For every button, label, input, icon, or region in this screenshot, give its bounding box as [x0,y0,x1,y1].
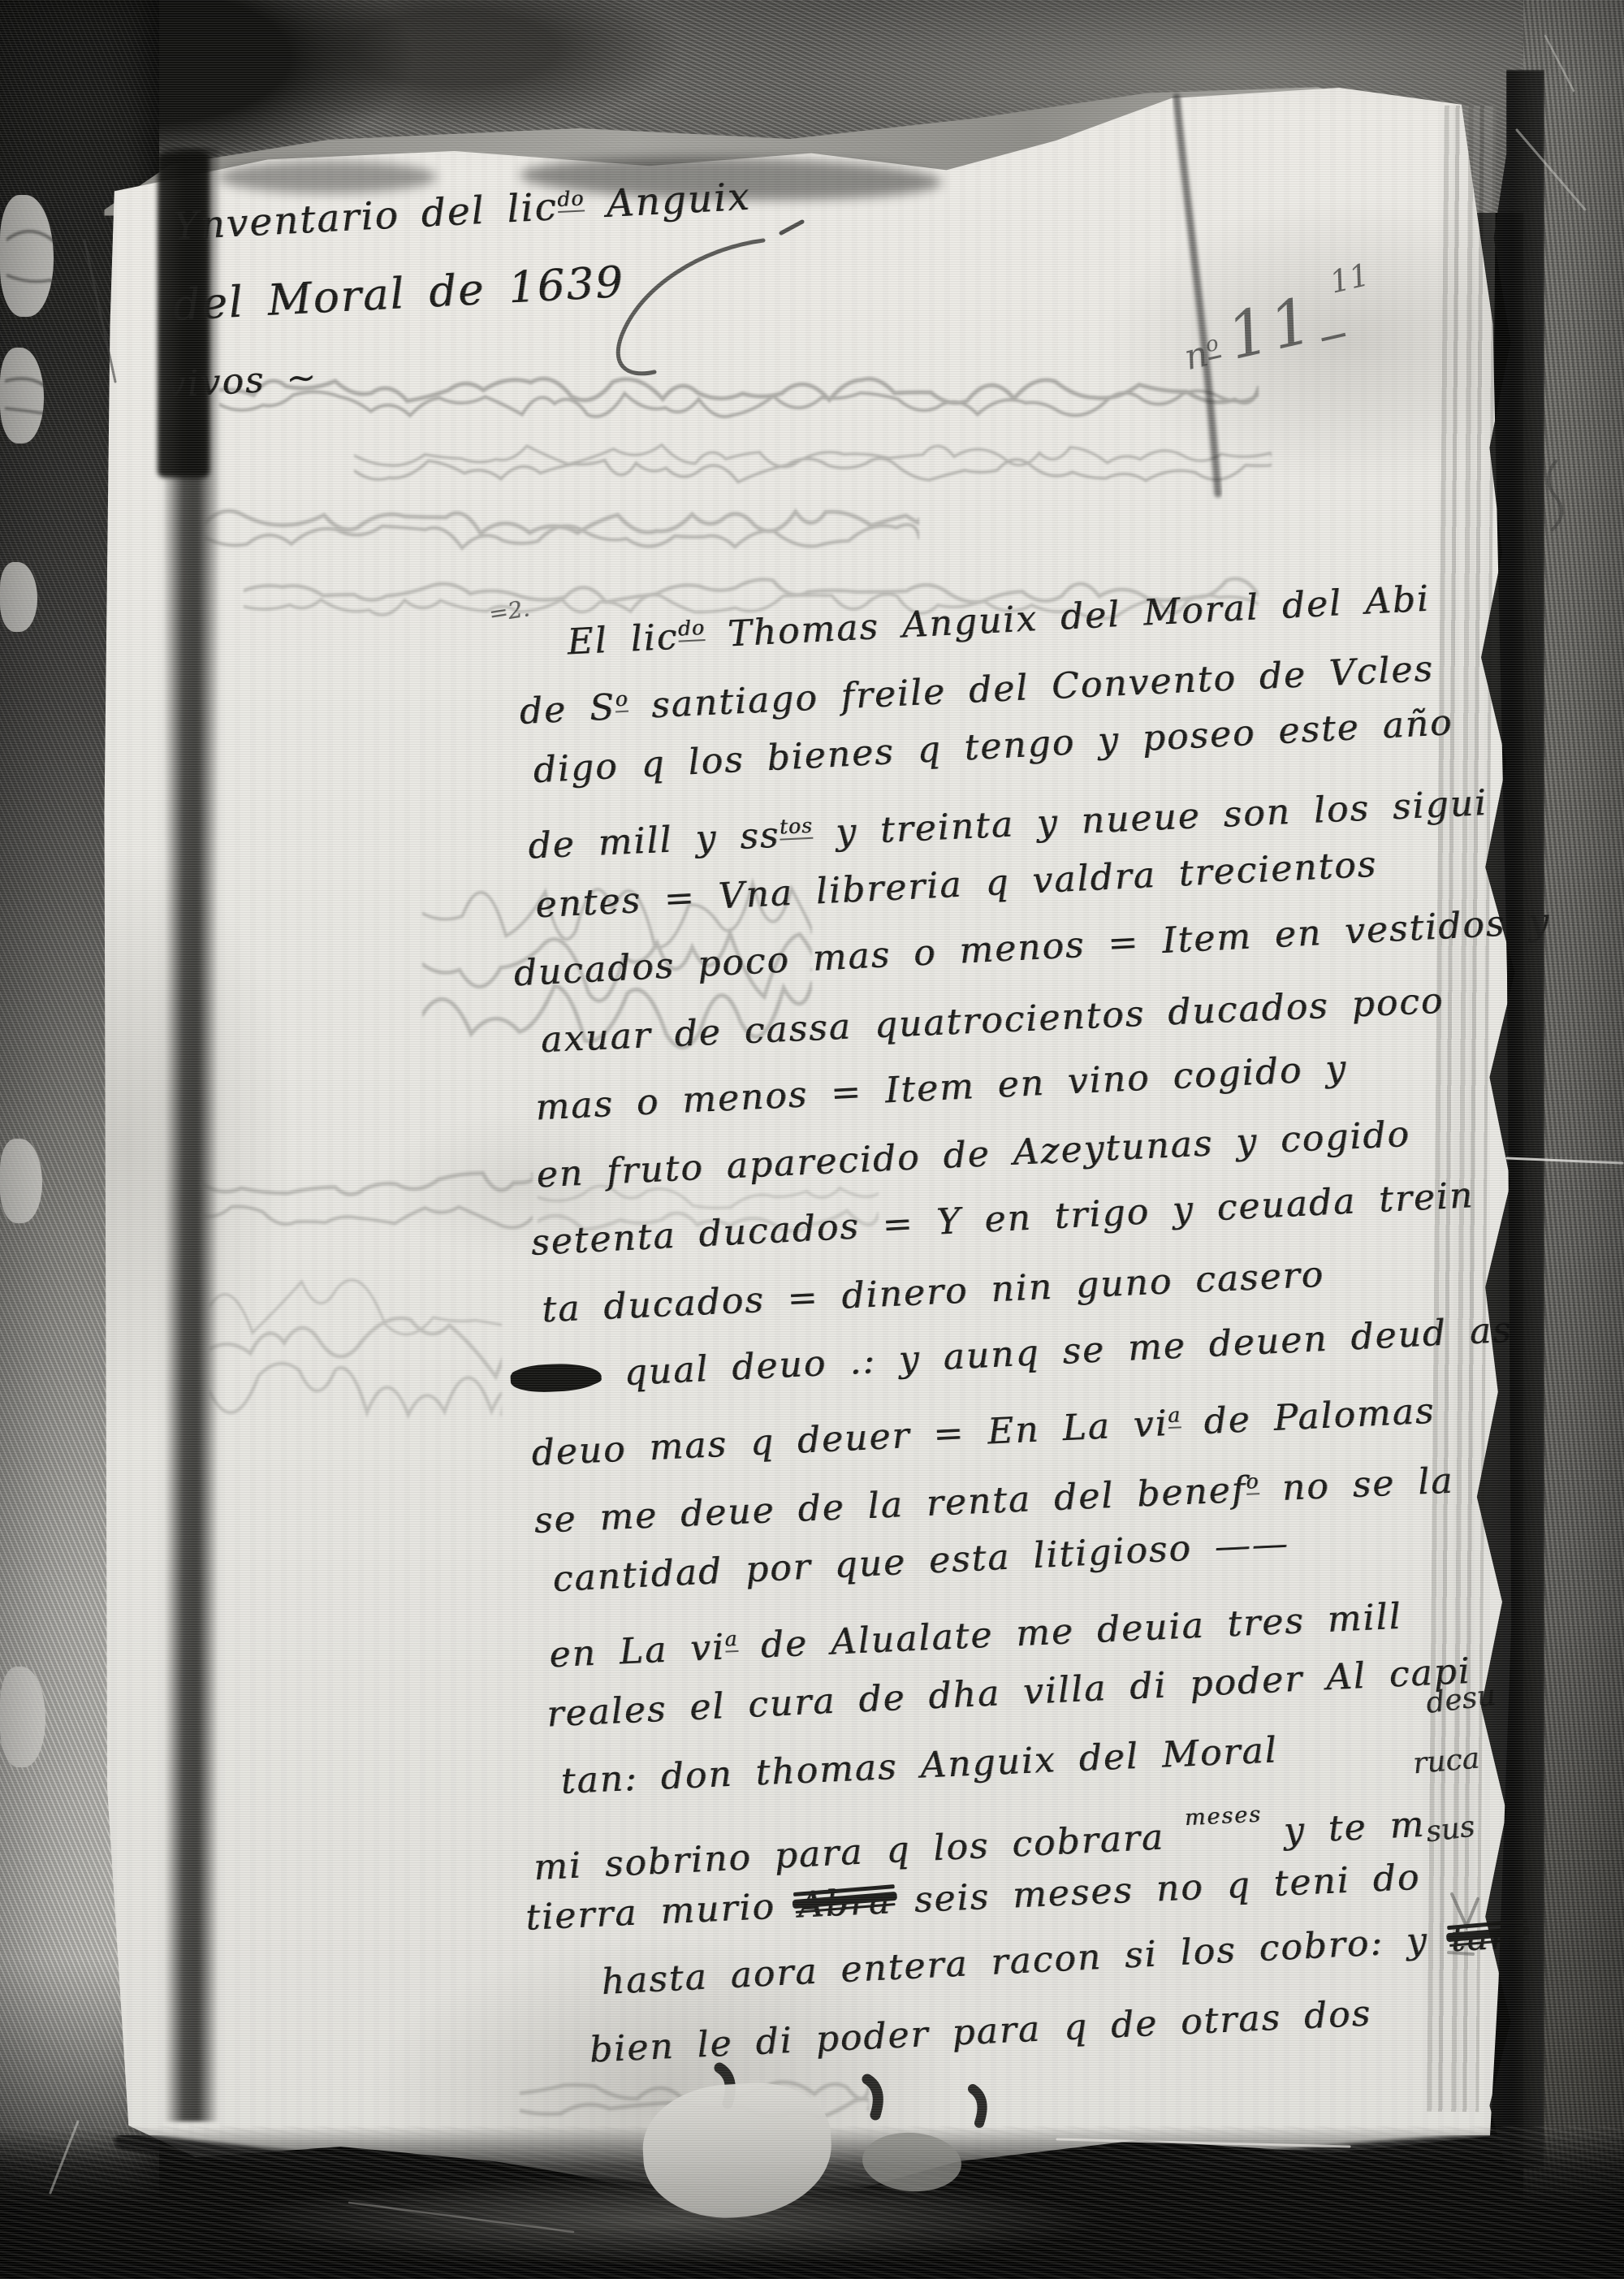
manuscript-body: El licdo Thomas Anguix del Moral del Abi… [484,561,1598,2086]
header-line: del Moral de 1639 [171,257,625,331]
text-segment: de S [519,686,617,733]
text-segment: vivos ~ [164,357,318,406]
header-inscription: Ynventario del licdo Anguixdel Moral de … [172,172,802,472]
underlying-page-sliver [0,562,37,632]
ink-blot [510,1362,603,1394]
text-segment: en La vi [548,1627,726,1676]
abbreviation-superscript: do [677,616,706,642]
text-segment: tierra murio [525,1885,799,1939]
text-segment: de Palomas [1180,1390,1436,1444]
adjacent-page-text-fragment: ruca [1411,1742,1480,1781]
text-segment: de mill y ss [527,815,780,867]
text-segment: Anguix [583,175,752,228]
abbreviation-superscript: a [724,1627,738,1653]
text-segment: El lic [566,616,679,664]
underlying-page-sliver [0,348,44,443]
manuscript-scan: Ynventario del licdo Anguixdel Moral de … [0,0,1624,2279]
underlying-page-sliver [0,1139,42,1223]
interlinear-insertion: meses [1184,1802,1263,1831]
abbreviation-superscript: a [1167,1403,1181,1429]
underlying-page-sliver [0,1667,45,1767]
adjacent-page-text-fragment: sus [1424,1810,1477,1849]
header-line: vivos ~ [164,357,318,406]
abbreviation-superscript: do [556,186,585,213]
text-segment: del Moral de 1639 [171,257,625,331]
struck-out-text: Abra [797,1867,893,1939]
top-edge-stain [218,161,437,193]
abbreviation-superscript: o [1246,1469,1259,1495]
abbreviation-superscript: tos [779,814,813,841]
archival-number-superscript: 11 [1326,257,1372,301]
